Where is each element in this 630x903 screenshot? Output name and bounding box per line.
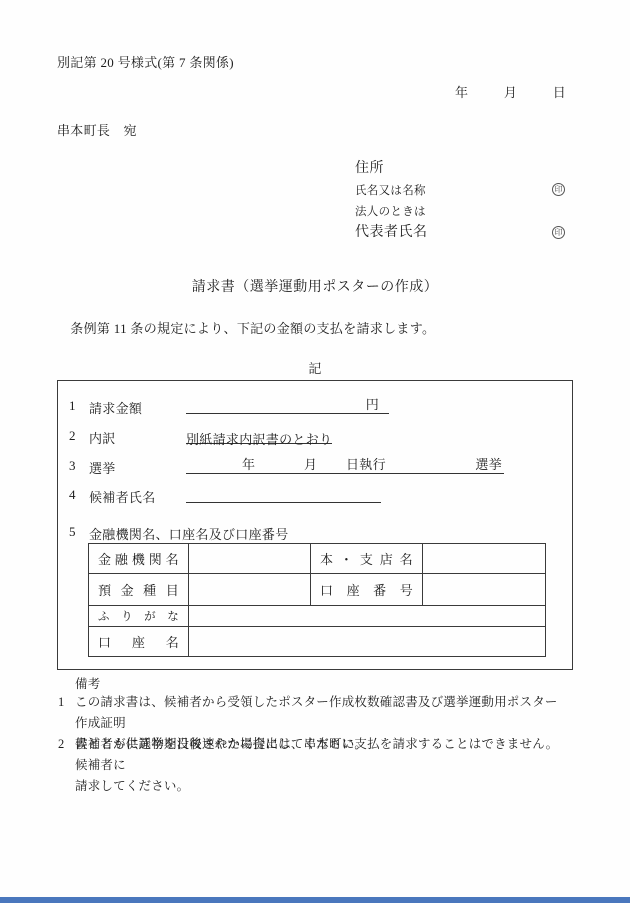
item-bank-info: 5 金融機関名、口座名及び口座番号 xyxy=(58,524,572,540)
candidate-name-label: 候補者氏名 xyxy=(89,487,156,506)
applicant-name-label: 氏名又は名称 xyxy=(355,184,426,198)
breakdown-label: 内訳 xyxy=(89,428,116,447)
account-number-value xyxy=(423,574,546,606)
breakdown-value: 別紙請求内訳書のとおり xyxy=(186,432,332,447)
footer-accent-bar xyxy=(0,897,630,903)
form-number: 別記第 20 号様式(第 7 条関係) xyxy=(57,55,234,71)
furigana-label: ふりがな xyxy=(89,606,189,627)
item-number: 2 xyxy=(69,428,76,444)
election-day-exec-label: 日執行 xyxy=(346,454,386,473)
seal-icon: 印 xyxy=(552,183,565,196)
seal-icon: 印 xyxy=(552,226,565,239)
item-number: 4 xyxy=(69,487,76,503)
note-item: 2 候補者が供託物を没収された場合には、串本町に支払を請求することはできません。… xyxy=(58,734,570,797)
claim-amount-field: 円 xyxy=(186,398,389,414)
document-title: 請求書（選挙運動用ポスターの作成） xyxy=(0,279,630,296)
branch-label: 本・支店名 xyxy=(311,544,423,574)
note-text: 候補者が供託物を没収された場合には、串本町に支払を請求することはできません。候補… xyxy=(75,734,570,797)
table-row: 金融機関名 本・支店名 xyxy=(89,544,546,574)
bank-account-table: 金融機関名 本・支店名 預金種目 口座番号 ふりがな 口座名 xyxy=(88,543,546,657)
item-claim-amount: 1 請求金額 円 xyxy=(58,398,572,414)
deposit-type-label: 預金種目 xyxy=(89,574,189,606)
note-number: 1 xyxy=(58,692,64,713)
record-heading: 記 xyxy=(0,361,630,377)
document-page: { "document": { "form_number": "別記第 20 号… xyxy=(0,0,630,903)
election-name-label: 選挙 xyxy=(475,454,502,473)
applicant-corporate-prefix: 法人のときは xyxy=(355,205,426,219)
addressee: 串本町長 宛 xyxy=(57,123,137,139)
yen-unit-label: 円 xyxy=(366,394,379,413)
item-candidate-name: 4 候補者氏名 xyxy=(58,487,572,503)
date-month-label: 月 xyxy=(504,85,517,101)
account-name-label: 口座名 xyxy=(89,627,189,657)
date-line: 年 月 日 xyxy=(455,85,566,101)
item-breakdown: 2 内訳 別紙請求内訳書のとおり xyxy=(58,428,572,444)
table-row: 預金種目 口座番号 xyxy=(89,574,546,606)
date-day-label: 日 xyxy=(553,85,566,101)
table-row: 口座名 xyxy=(89,627,546,657)
branch-value xyxy=(423,544,546,574)
election-year-label: 年 xyxy=(242,454,255,473)
bank-info-label: 金融機関名、口座名及び口座番号 xyxy=(89,524,289,543)
item-election: 3 選挙 年 月 日執行 選挙 xyxy=(58,458,572,474)
account-number-label: 口座番号 xyxy=(311,574,423,606)
intro-sentence: 条例第 11 条の規定により、下記の金額の支払を請求します。 xyxy=(57,321,435,337)
item-number: 3 xyxy=(69,458,76,474)
account-name-value xyxy=(189,627,546,657)
election-label: 選挙 xyxy=(89,458,116,477)
candidate-name-field xyxy=(186,487,381,503)
election-month-label: 月 xyxy=(304,454,317,473)
applicant-address-label: 住所 xyxy=(355,160,384,177)
financial-institution-label: 金融機関名 xyxy=(89,544,189,574)
deposit-type-value xyxy=(189,574,311,606)
item-number: 5 xyxy=(69,524,76,540)
date-year-label: 年 xyxy=(455,85,468,101)
furigana-value xyxy=(189,606,546,627)
item-number: 1 xyxy=(69,398,76,414)
table-row: ふりがな xyxy=(89,606,546,627)
notes-heading: 備考 xyxy=(75,674,100,692)
financial-institution-value xyxy=(189,544,311,574)
claim-box: 1 請求金額 円 2 内訳 別紙請求内訳書のとおり 3 選挙 年 月 日執行 選… xyxy=(57,380,573,670)
election-date-field: 年 月 日執行 選挙 xyxy=(186,458,504,474)
applicant-representative-label: 代表者氏名 xyxy=(355,224,428,241)
claim-amount-label: 請求金額 xyxy=(89,398,142,417)
note-number: 2 xyxy=(58,734,64,755)
